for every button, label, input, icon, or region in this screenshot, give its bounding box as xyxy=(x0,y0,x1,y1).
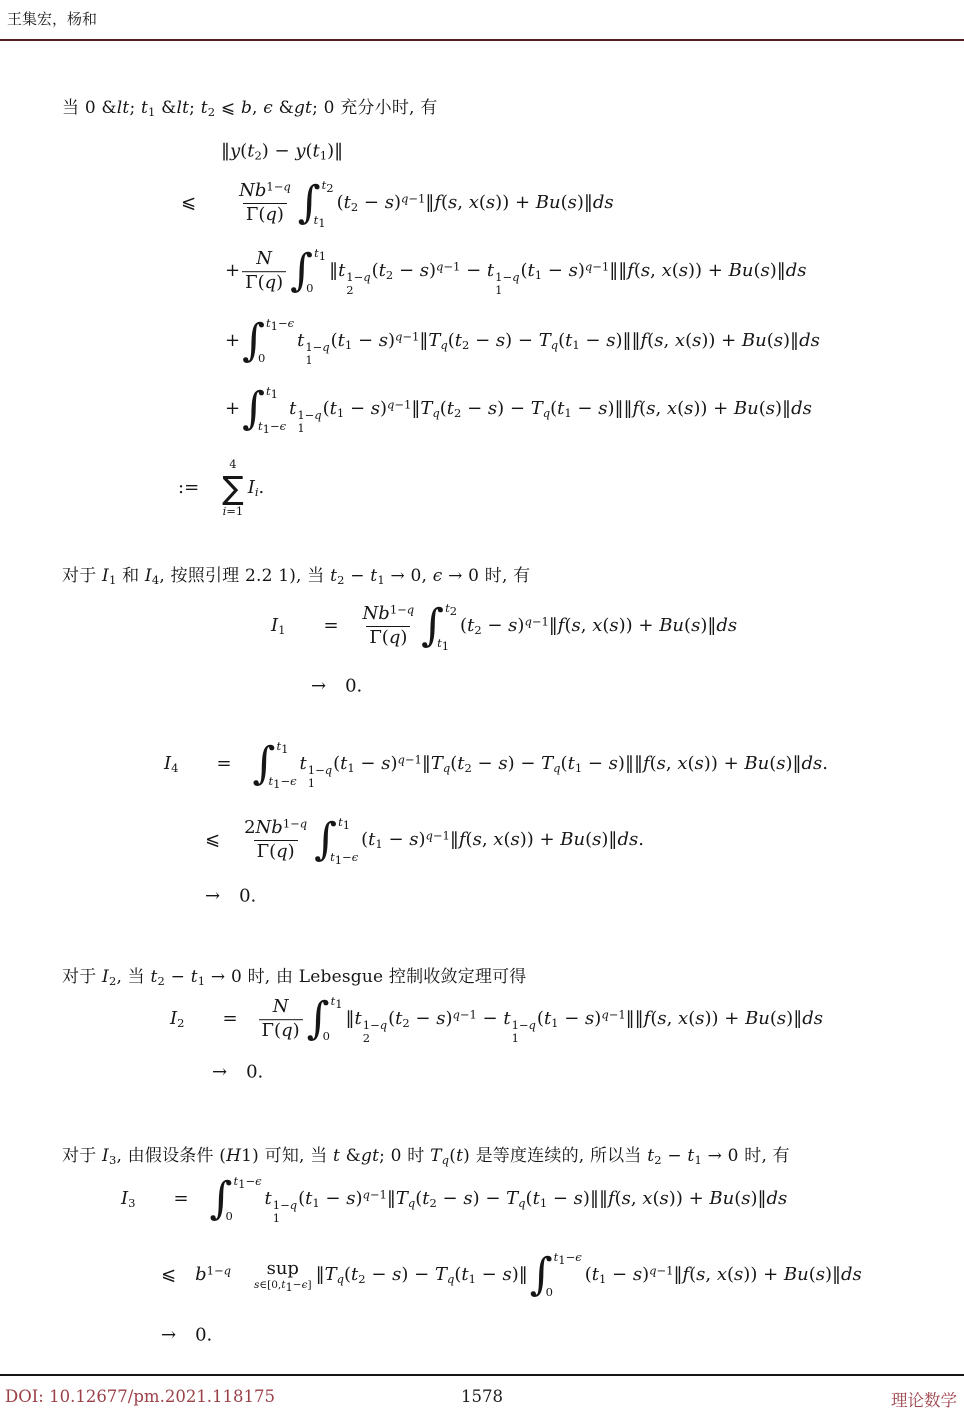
eq-main-row-term2: +NΓ(q)∫t10‖t1−q2(t2 − s)q−1 − t1−q1(t1 −… xyxy=(225,246,807,298)
paper-page: { "header": { "running_head": "王集宏，杨和" }… xyxy=(0,0,964,1414)
eq-i2-limit: →0. xyxy=(212,1062,263,1083)
eq-main-row-bound1: ⩽Nb1−qΓ(q)∫t2t1(t2 − s)q−1‖f(s, x(s)) + … xyxy=(181,178,614,228)
eq-main-row-term4: +∫t1t1−ϵt1−q1(t1 − s)q−1‖Tq(t2 − s) − Tq… xyxy=(225,384,812,436)
eq-i3-limit: →0. xyxy=(161,1325,212,1346)
paragraph-i3: 对于 I3, 由假设条件 (H1) 可知, 当 t &gt; 0 时 Tq(t)… xyxy=(62,1141,790,1166)
paragraph-i2: 对于 I2, 当 t2 − t1 → 0 时, 由 Lebesgue 控制收敛定… xyxy=(62,962,527,987)
paragraph-i1-i4: 对于 I1 和 I4, 按照引理 2.2 1), 当 t2 − t1 → 0, … xyxy=(62,561,530,586)
eq-main-row-sum: :=4∑i=1Ii. xyxy=(178,459,264,517)
eq-i3-row2: ⩽b1−qsups∈[0,t1−ϵ]‖Tq(t2 − s) − Tq(t1 − … xyxy=(161,1250,862,1300)
header-rule xyxy=(0,39,964,41)
page-number: 1578 xyxy=(0,1387,964,1406)
footer-rule xyxy=(0,1374,964,1376)
running-head: 王集宏，杨和 xyxy=(7,8,97,29)
eq-i2-row1: I2=NΓ(q)∫t10‖t1−q2(t2 − s)q−1 − t1−q1(t1… xyxy=(170,994,823,1046)
eq-i1-limit: →0. xyxy=(311,676,362,697)
eq-main-row-term3: +∫t1−ϵ0t1−q1(t1 − s)q−1‖Tq(t2 − s) − Tq(… xyxy=(225,316,820,368)
eq-i3-row1: I3=∫t1−ϵ0t1−q1(t1 − s)q−1‖Tq(t2 − s) − T… xyxy=(121,1174,787,1226)
journal-name: 理论数学 xyxy=(891,1387,957,1411)
eq-i4-row1: I4=∫t1t1−ϵt1−q1(t1 − s)q−1‖Tq(t2 − s) − … xyxy=(164,739,828,791)
paragraph-condition: 当 0 &lt; t1 &lt; t2 ⩽ b, ϵ &gt; 0 充分小时, … xyxy=(62,93,437,118)
eq-main-row-norm: ‖y(t2) − y(t1)‖ xyxy=(221,141,343,162)
eq-i1-row1: I1=Nb1−qΓ(q)∫t2t1(t2 − s)q−1‖f(s, x(s)) … xyxy=(271,601,737,651)
eq-i4-row2: ⩽2Nb1−qΓ(q)∫t1t1−ϵ(t1 − s)q−1‖f(s, x(s))… xyxy=(205,815,644,865)
eq-i4-limit: →0. xyxy=(205,886,256,907)
